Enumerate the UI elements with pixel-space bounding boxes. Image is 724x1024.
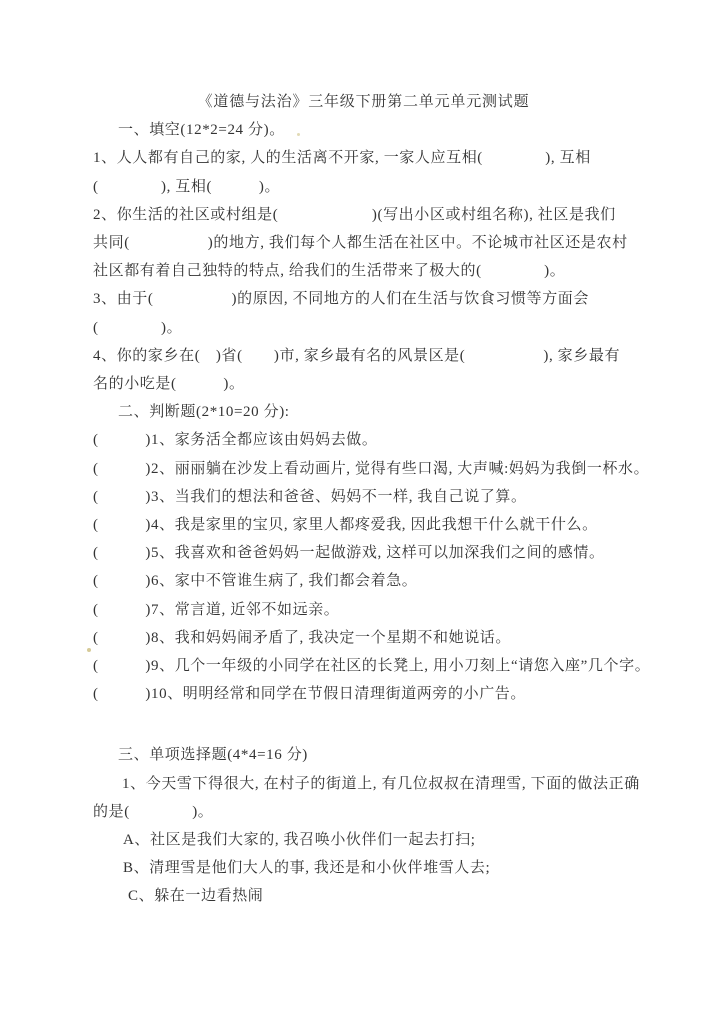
choice-q1-stem-line-2: 的是( )。	[93, 798, 634, 826]
fill-blank-q1-line-2: ( ), 互相( )。	[93, 173, 634, 201]
tf-item-6: ( )6、家中不管谁生病了, 我们都会着急。	[93, 567, 634, 595]
fill-blank-q3-line-1: 3、由于( )的原因, 不同地方的人们在生活与饮食习惯等方面会	[93, 285, 634, 313]
scan-stain-mark	[87, 648, 91, 652]
fill-blank-q2-line-2: 共同( )的地方, 我们每个人都生活在社区中。不论城市社区还是农村	[93, 229, 634, 257]
tf-item-1: ( )1、家务活全都应该由妈妈去做。	[93, 426, 634, 454]
scan-stain-mark	[297, 133, 300, 136]
fill-blank-q1-line-1: 1、人人都有自己的家, 人的生活离不开家, 一家人应互相( ), 互相	[93, 144, 634, 172]
choice-q1-option-a: A、社区是我们大家的, 我召唤小伙伴们一起去打扫;	[93, 826, 634, 854]
test-paper-page: 《道德与法治》三年级下册第二单元单元测试题 一、填空(12*2=24 分)。 1…	[0, 0, 724, 1024]
section-3-heading: 三、单项选择题(4*4=16 分)	[93, 741, 634, 769]
tf-item-2: ( )2、丽丽躺在沙发上看动画片, 觉得有些口渴, 大声喊:妈妈为我倒一杯水。	[93, 455, 634, 483]
tf-item-3: ( )3、当我们的想法和爸爸、妈妈不一样, 我自己说了算。	[93, 483, 634, 511]
choice-q1-stem-line-1: 1、今天雪下得很大, 在村子的街道上, 有几位叔叔在清理雪, 下面的做法正确	[93, 770, 634, 798]
fill-blank-q3-line-2: ( )。	[93, 314, 634, 342]
section-2-heading: 二、判断题(2*10=20 分):	[93, 398, 634, 426]
fill-blank-q2-line-1: 2、你生活的社区或村组是( )(写出小区或村组名称), 社区是我们	[93, 201, 634, 229]
tf-item-5: ( )5、我喜欢和爸爸妈妈一起做游戏, 这样可以加深我们之间的感情。	[93, 539, 634, 567]
tf-item-10: ( )10、明明经常和同学在节假日清理街道两旁的小广告。	[93, 680, 634, 708]
section-1-heading: 一、填空(12*2=24 分)。	[93, 116, 634, 144]
fill-blank-q4-line-2: 名的小吃是( )。	[93, 370, 634, 398]
paper-title: 《道德与法治》三年级下册第二单元单元测试题	[93, 88, 634, 116]
choice-q1-option-b: B、清理雪是他们大人的事, 我还是和小伙伴堆雪人去;	[93, 854, 634, 882]
choice-q1-option-c: C、躲在一边看热闹	[93, 882, 634, 910]
fill-blank-q2-line-3: 社区都有着自己独特的特点, 给我们的生活带来了极大的( )。	[93, 257, 634, 285]
tf-item-9: ( )9、几个一年级的小同学在社区的长凳上, 用小刀刻上“请您入座”几个字。	[93, 652, 634, 680]
tf-item-4: ( )4、我是家里的宝贝, 家里人都疼爱我, 因此我想干什么就干什么。	[93, 511, 634, 539]
tf-item-8: ( )8、我和妈妈闹矛盾了, 我决定一个星期不和她说话。	[93, 624, 634, 652]
tf-item-7: ( )7、常言道, 近邻不如远亲。	[93, 596, 634, 624]
fill-blank-q4-line-1: 4、你的家乡在( )省( )市, 家乡最有名的风景区是( ), 家乡最有	[93, 342, 634, 370]
